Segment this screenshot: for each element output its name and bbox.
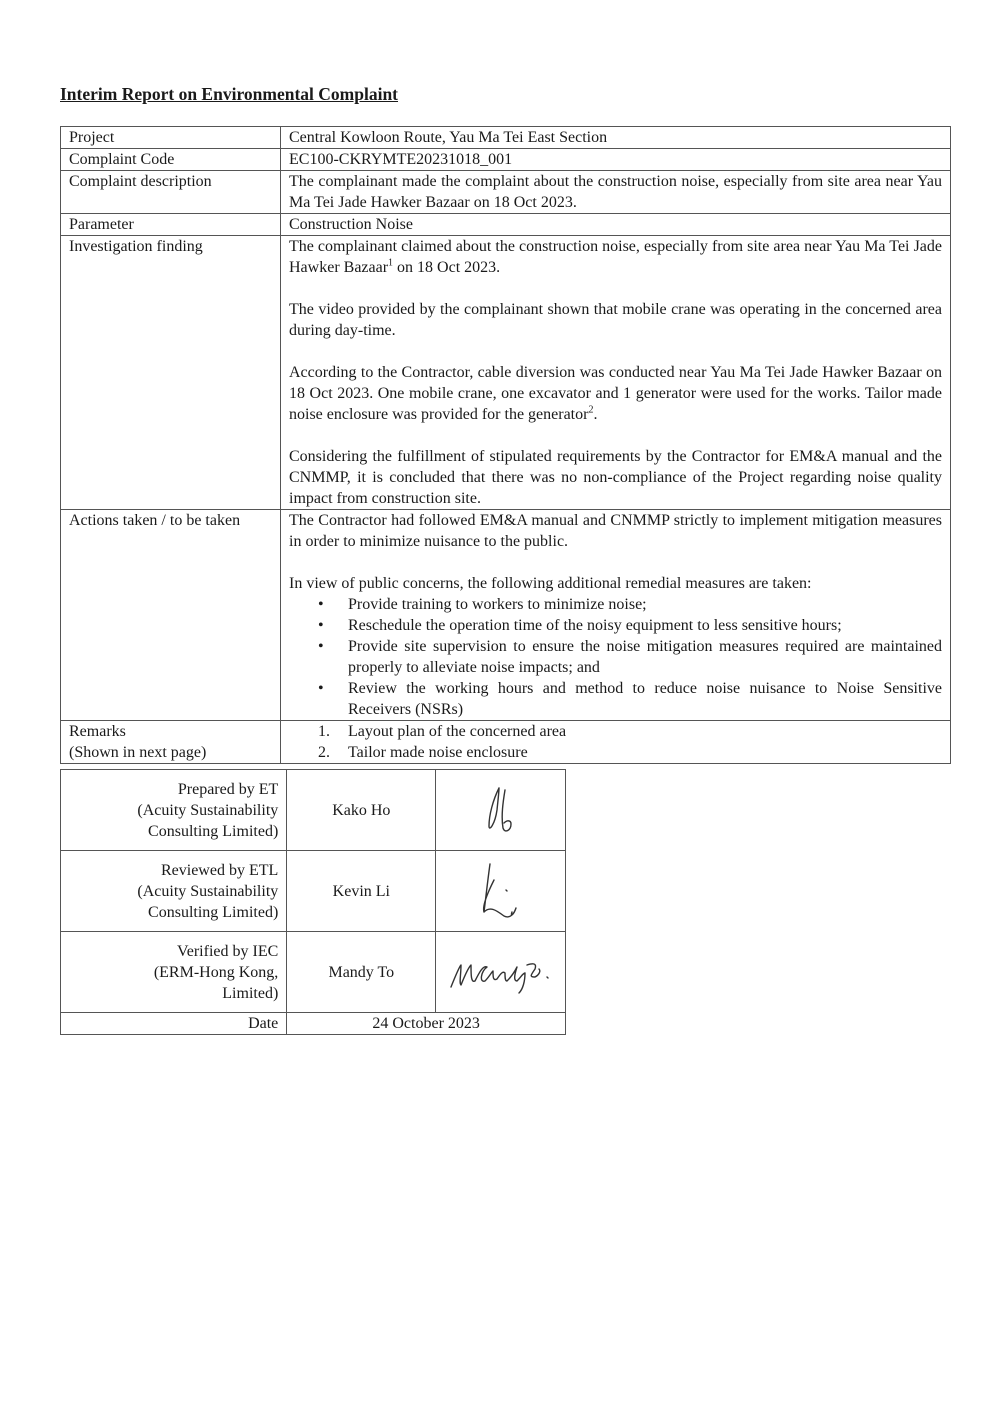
row-actions: Actions taken / to be taken The Contract… xyxy=(61,510,951,721)
signoff-table: Prepared by ET (Acuity Sustainability Co… xyxy=(60,769,566,1035)
remedial-measure-item: Provide training to workers to minimize … xyxy=(348,594,942,615)
actions-label: Actions taken / to be taken xyxy=(61,510,281,721)
actions-paragraph-1: The Contractor had followed EM&A manual … xyxy=(289,510,942,552)
signoff-role: Reviewed by ETL (Acuity Sustainability C… xyxy=(61,851,287,932)
remedial-measures-list: Provide training to workers to minimize … xyxy=(289,594,942,720)
actions-value: The Contractor had followed EM&A manual … xyxy=(281,510,951,721)
project-label: Project xyxy=(61,127,281,149)
row-investigation-finding: Investigation finding The complainant cl… xyxy=(61,236,951,510)
complaint-code-value: EC100-CKRYMTE20231018_001 xyxy=(281,149,951,171)
complaint-code-label: Complaint Code xyxy=(61,149,281,171)
signature-kako-ho-icon xyxy=(436,770,566,851)
remarks-value: 1.Layout plan of the concerned area 2.Ta… xyxy=(281,721,951,764)
row-complaint-description: Complaint description The complainant ma… xyxy=(61,171,951,214)
investigation-finding-value: The complainant claimed about the constr… xyxy=(281,236,951,510)
complaint-details-table: Project Central Kowloon Route, Yau Ma Te… xyxy=(60,126,951,764)
signoff-name: Kako Ho xyxy=(287,770,436,851)
signoff-role: Prepared by ET (Acuity Sustainability Co… xyxy=(61,770,287,851)
finding-p3-text: According to the Contractor, cable diver… xyxy=(289,364,942,423)
finding-p1-tail: on 18 Oct 2023. xyxy=(393,259,500,276)
signoff-name: Mandy To xyxy=(287,932,436,1013)
remedial-measure-item: Provide site supervision to ensure the n… xyxy=(348,636,942,678)
finding-paragraph-3: According to the Contractor, cable diver… xyxy=(289,362,942,425)
parameter-value: Construction Noise xyxy=(281,214,951,236)
finding-paragraph-1: The complainant claimed about the constr… xyxy=(289,236,942,278)
finding-p3-tail: . xyxy=(593,406,597,423)
finding-paragraph-4: Considering the fulfillment of stipulate… xyxy=(289,446,942,509)
remarks-list: 1.Layout plan of the concerned area 2.Ta… xyxy=(289,721,942,763)
row-parameter: Parameter Construction Noise xyxy=(61,214,951,236)
signoff-role: Verified by IEC (ERM-Hong Kong, Limited) xyxy=(61,932,287,1013)
date-label: Date xyxy=(61,1013,287,1035)
complaint-description-label: Complaint description xyxy=(61,171,281,214)
date-row: Date 24 October 2023 xyxy=(61,1013,566,1035)
remarks-item: 1.Layout plan of the concerned area xyxy=(348,721,942,742)
report-title: Interim Report on Environmental Complain… xyxy=(60,84,398,105)
project-value: Central Kowloon Route, Yau Ma Tei East S… xyxy=(281,127,951,149)
remarks-label: Remarks (Shown in next page) xyxy=(61,721,281,764)
parameter-label: Parameter xyxy=(61,214,281,236)
signoff-row-prepared: Prepared by ET (Acuity Sustainability Co… xyxy=(61,770,566,851)
finding-paragraph-2: The video provided by the complainant sh… xyxy=(289,299,942,341)
finding-p1-text: The complainant claimed about the constr… xyxy=(289,238,942,276)
actions-paragraph-2: In view of public concerns, the followin… xyxy=(289,573,942,594)
signoff-name: Kevin Li xyxy=(287,851,436,932)
remedial-measure-item: Review the working hours and method to r… xyxy=(348,678,942,720)
date-value: 24 October 2023 xyxy=(287,1013,566,1035)
row-remarks: Remarks (Shown in next page) 1.Layout pl… xyxy=(61,721,951,764)
remedial-measure-item: Reschedule the operation time of the noi… xyxy=(348,615,942,636)
remarks-item: 2.Tailor made noise enclosure xyxy=(348,742,942,763)
remarks-label-line2: (Shown in next page) xyxy=(69,742,272,763)
complaint-description-value: The complainant made the complaint about… xyxy=(281,171,951,214)
investigation-finding-label: Investigation finding xyxy=(61,236,281,510)
row-complaint-code: Complaint Code EC100-CKRYMTE20231018_001 xyxy=(61,149,951,171)
signature-mandy-to-icon xyxy=(436,932,566,1013)
signature-kevin-li-icon xyxy=(436,851,566,932)
remarks-label-line1: Remarks xyxy=(69,721,272,742)
signoff-row-reviewed: Reviewed by ETL (Acuity Sustainability C… xyxy=(61,851,566,932)
row-project: Project Central Kowloon Route, Yau Ma Te… xyxy=(61,127,951,149)
signoff-row-verified: Verified by IEC (ERM-Hong Kong, Limited)… xyxy=(61,932,566,1013)
